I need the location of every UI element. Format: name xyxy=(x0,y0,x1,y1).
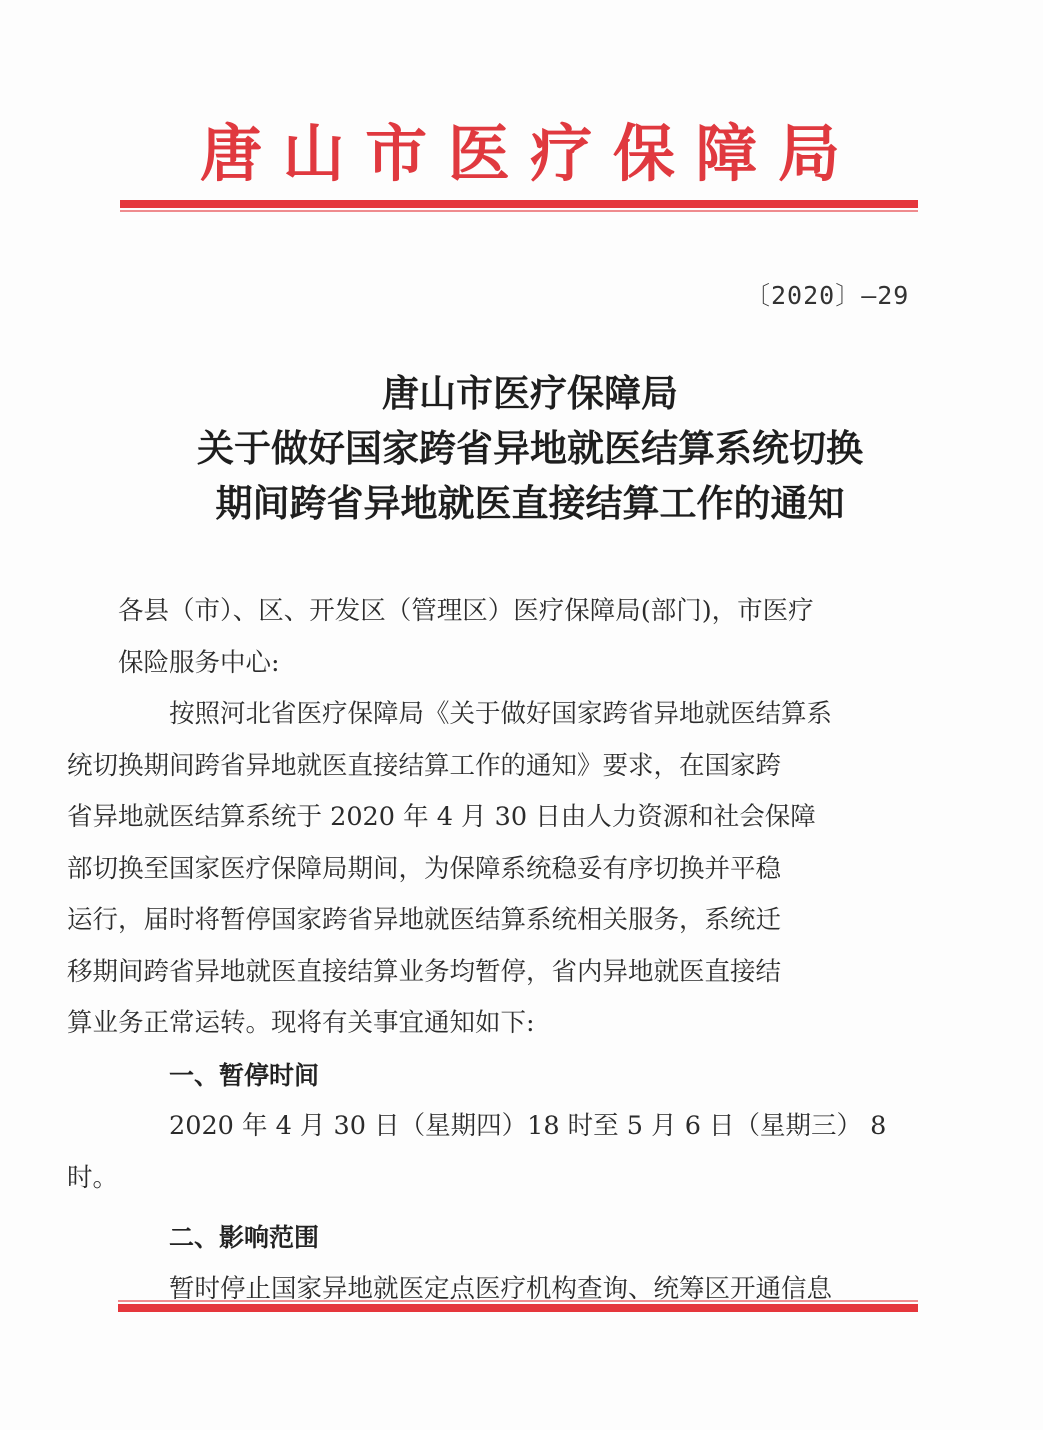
title-line: 期间跨省异地就医直接结算工作的通知 xyxy=(150,476,910,531)
masthead-char: 市 xyxy=(365,104,427,193)
paragraph-line: 统切换期间跨省异地就医直接结算工作的通知》要求，在国家跨 xyxy=(67,751,781,781)
addressee-line: 各县（市）、区、开发区（管理区）医疗保障局(部门)，市医疗 xyxy=(118,596,814,626)
masthead-char: 保 xyxy=(613,104,675,193)
paragraph-line: 2020 年 4 月 30 日（星期四）18 时至 5 月 6 日（星期三） 8 xyxy=(169,1111,886,1141)
addressee-line: 保险服务中心: xyxy=(118,648,280,678)
masthead-char: 障 xyxy=(695,104,757,193)
title-line: 关于做好国家跨省异地就医结算系统切换 xyxy=(150,421,910,476)
paragraph-line: 按照河北省医疗保障局《关于做好国家跨省异地就医结算系 xyxy=(169,699,832,729)
section-heading-scope: 二、影响范围 xyxy=(118,1212,928,1264)
paragraph-line: 部切换至国家医疗保障局期间，为保障系统稳妥有序切换并平稳 xyxy=(67,854,781,884)
document-number: 〔2020〕—29 xyxy=(745,276,909,312)
paragraph-line: 算业务正常运转。现将有关事宜通知如下: xyxy=(67,1008,535,1038)
intro-paragraph: 按照河北省医疗保障局《关于做好国家跨省异地就医结算系 统切换期间跨省异地就医直接… xyxy=(118,689,928,1050)
document-title: 唐山市医疗保障局 关于做好国家跨省异地就医结算系统切换 期间跨省异地就医直接结算… xyxy=(150,366,910,531)
document-page: 唐 山 市 医 疗 保 障 局 〔2020〕—29 唐山市医疗保障局 关于做好国… xyxy=(0,0,1043,1430)
title-line: 唐山市医疗保障局 xyxy=(150,366,910,421)
section-heading-suspension-time: 一、暂停时间 xyxy=(118,1050,928,1102)
addressee: 各县（市）、区、开发区（管理区）医疗保障局(部门)，市医疗 保险服务中心: xyxy=(118,586,928,689)
paragraph-line: 省异地就医结算系统于 2020 年 4 月 30 日由人力资源和社会保障 xyxy=(67,802,816,832)
paragraph-line: 暂时停止国家异地就医定点医疗机构查询、统筹区开通信息 xyxy=(169,1274,832,1304)
masthead-char: 疗 xyxy=(530,104,592,193)
footer-red-rule xyxy=(118,1300,918,1312)
paragraph-line: 运行，届时将暂停国家跨省异地就医结算系统相关服务，系统迁 xyxy=(67,905,781,935)
red-rule-thick xyxy=(120,200,918,208)
masthead-char: 局 xyxy=(778,104,840,193)
masthead-char: 医 xyxy=(448,104,510,193)
paragraph-line: 移期间跨省异地就医直接结算业务均暂停，省内异地就医直接结 xyxy=(67,957,781,987)
document-body: 各县（市）、区、开发区（管理区）医疗保障局(部门)，市医疗 保险服务中心: 按照… xyxy=(118,586,928,1315)
section-paragraph: 2020 年 4 月 30 日（星期四）18 时至 5 月 6 日（星期三） 8… xyxy=(118,1101,928,1204)
masthead-char: 唐 xyxy=(200,104,262,193)
issuer-masthead: 唐 山 市 医 疗 保 障 局 xyxy=(120,108,920,188)
masthead-char: 山 xyxy=(283,104,345,193)
masthead-red-rule xyxy=(120,200,918,212)
red-rule-thin xyxy=(120,210,918,212)
red-rule-thick xyxy=(118,1304,918,1312)
paragraph-line: 时。 xyxy=(67,1163,118,1193)
